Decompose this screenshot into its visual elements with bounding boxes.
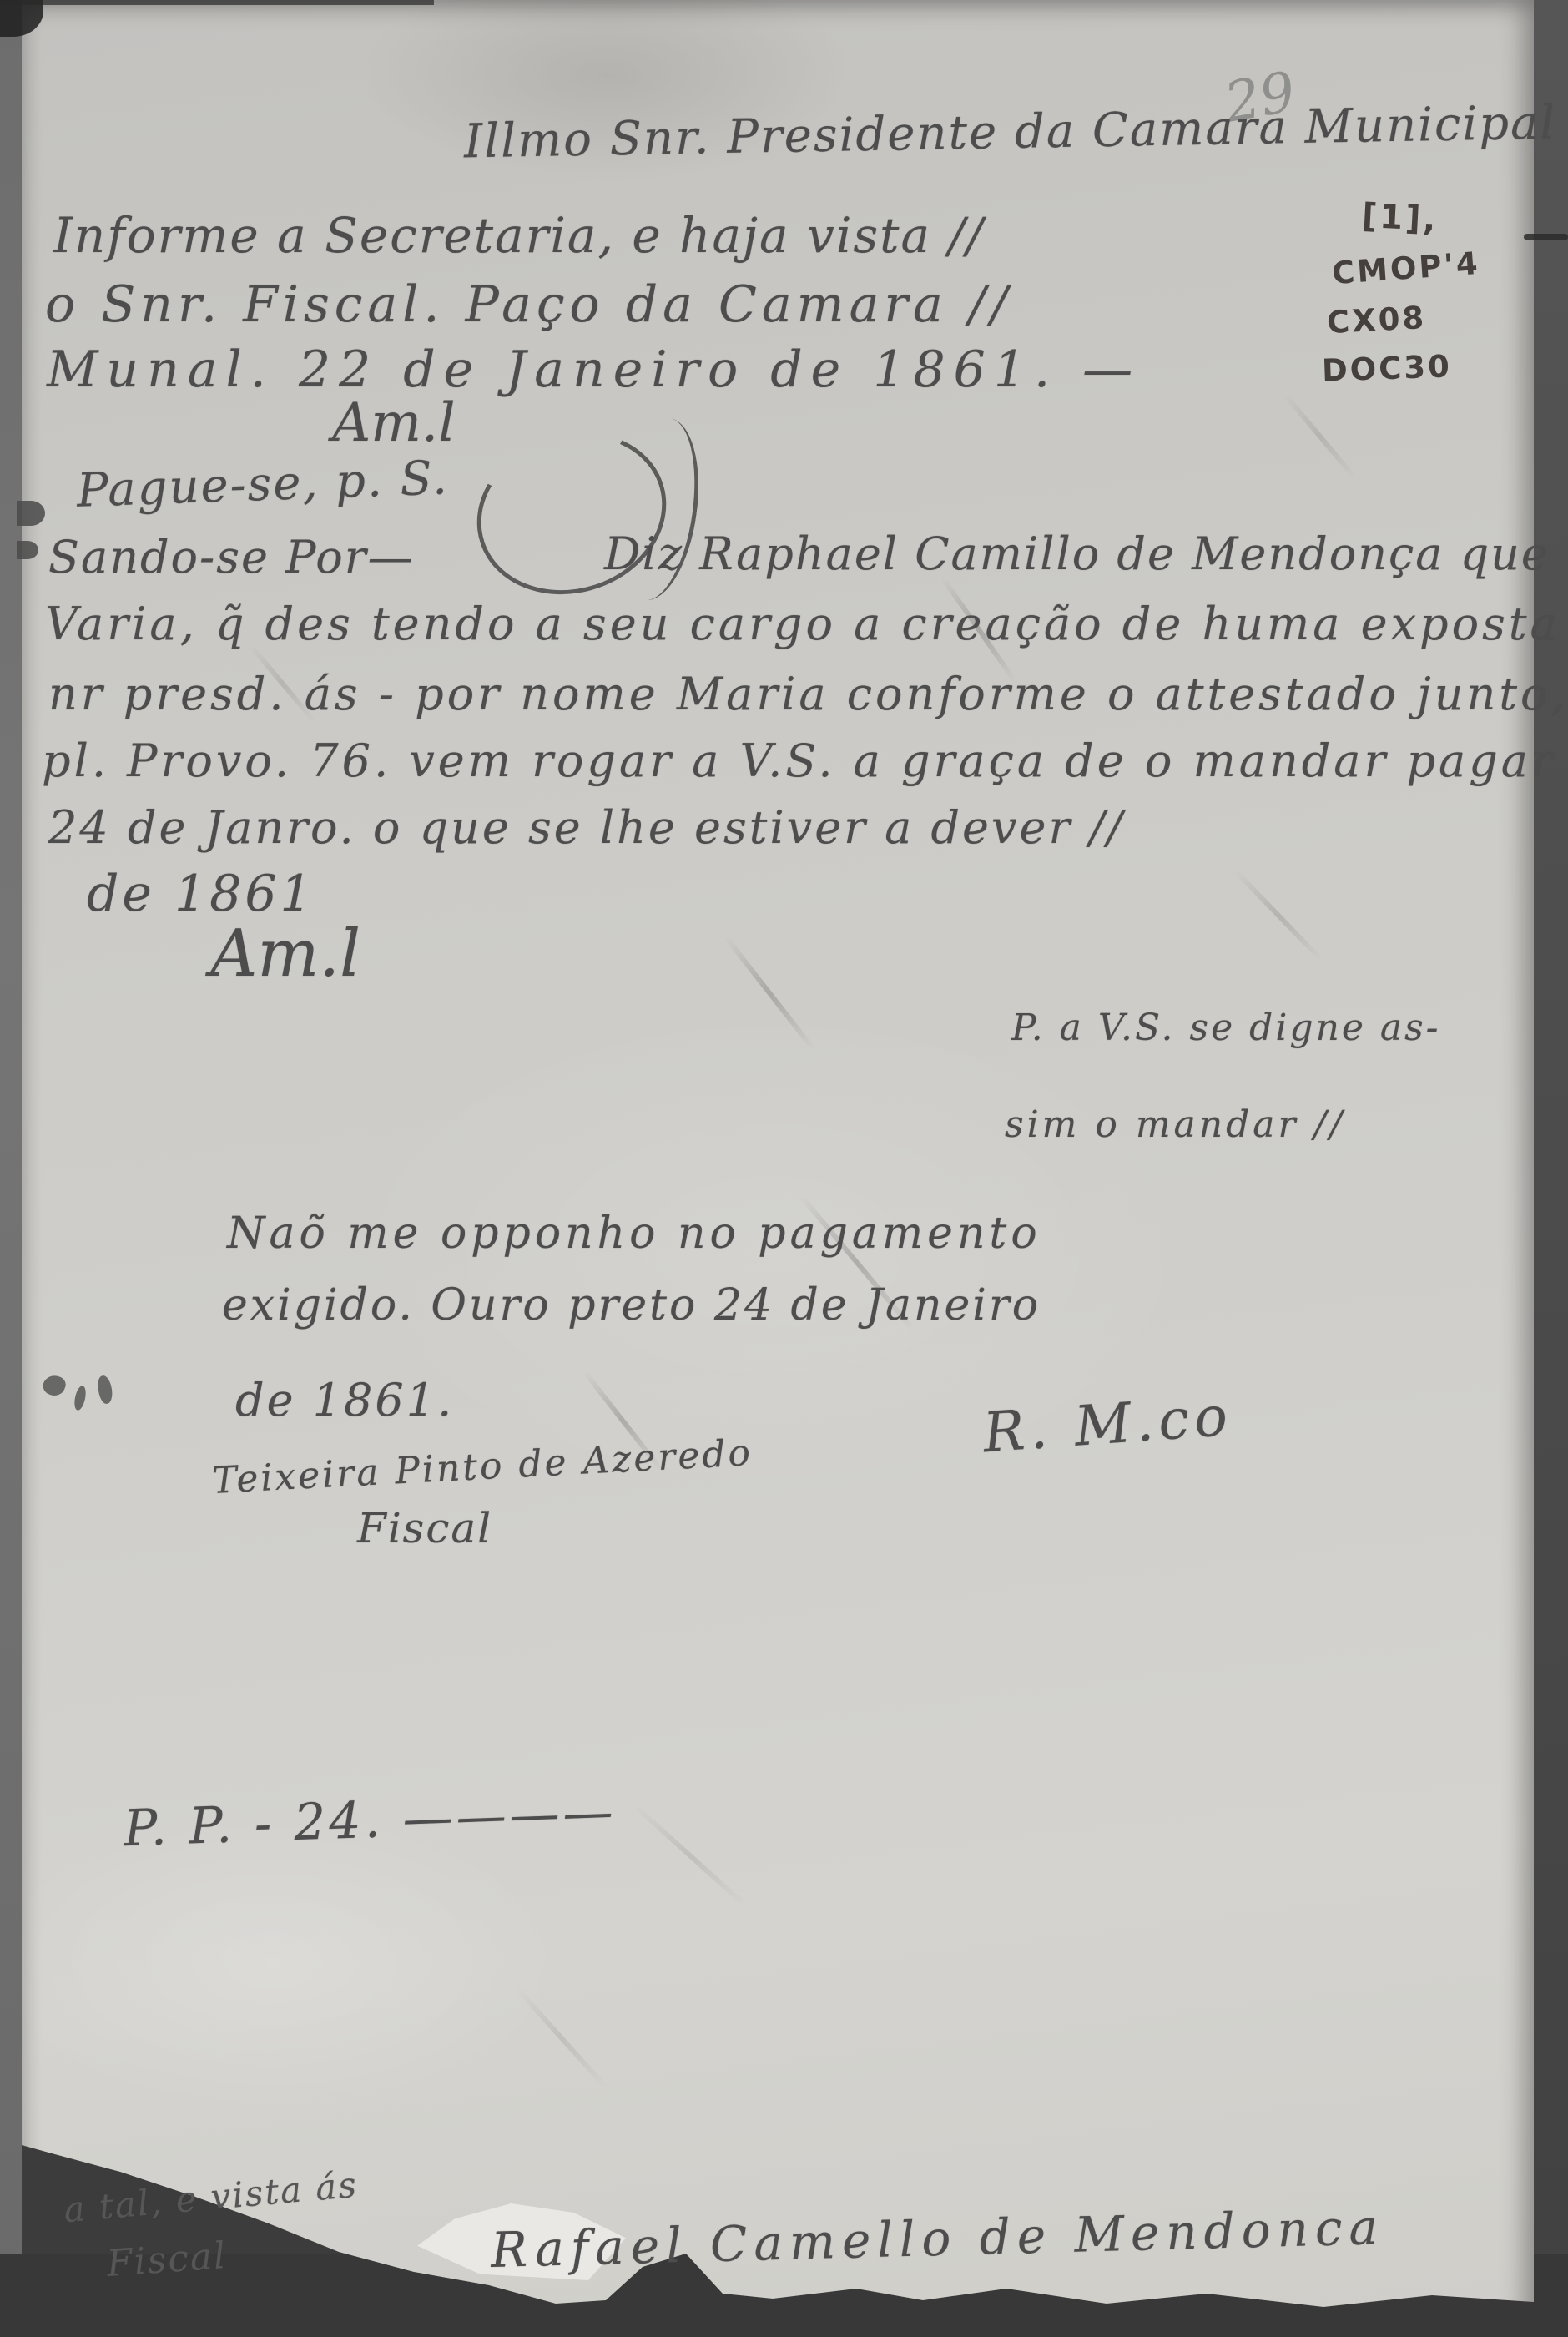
petition-intro: Sando-se Por— (48, 531, 415, 583)
archival-mark-line1: [1], (1361, 197, 1439, 240)
archival-mark-line3: CX08 (1326, 300, 1427, 341)
petition-line-4: pl. Provo. 76. vem rogar a V.S. a graça … (42, 734, 1556, 787)
despacho-line-1: Informe a Secretaria, e haja vista // (53, 207, 985, 264)
petition-line-5: 24 de Janro. o que se lhe estiver a deve… (48, 801, 1125, 854)
scanned-document: 29 [1], CMOP'4 CX08 DOC30 Illmo Snr. Pre… (0, 0, 1568, 2337)
petition-line-3: nr presd. ás - por nome Maria conforme o… (48, 668, 1568, 720)
petition-line-6: de 1861 (87, 865, 315, 923)
fiscal-note-line-3: de 1861. (235, 1374, 454, 1426)
top-edge-line (0, 0, 434, 5)
archival-mark-line4: DOC30 (1321, 348, 1452, 388)
despacho-signature: Am.l (332, 392, 456, 454)
fiscal-signature-title: Fiscal (357, 1504, 492, 1552)
petition-line-2: Varia, q̃ des tendo a seu cargo a creaçã… (45, 598, 1560, 650)
scan-right-strip (1534, 0, 1568, 2337)
bottom-left-line-2: Fiscal (105, 2234, 228, 2285)
fiscal-note-line-2: exigido. Ouro preto 24 de Janeiro (222, 1280, 1041, 1330)
torn-notch-left-2 (17, 541, 38, 559)
fiscal-note-line-1: Naõ me opponho no pagamento (227, 1209, 1041, 1259)
despacho-line-3: Munal. 22 de Janeiro de 1861. — (47, 341, 1141, 399)
request-line-2: sim o mandar // (1005, 1103, 1345, 1146)
despacho-line-2: o Snr. Fiscal. Paço da Camara // (45, 275, 1012, 334)
petition-signature: Am.l (210, 916, 360, 992)
torn-notch-left-1 (17, 501, 45, 526)
petition-line-1: Diz Raphael Camillo de Mendonça que (604, 527, 1550, 580)
scan-left-strip (0, 0, 22, 2337)
request-line-1: P. a V.S. se digne as- (1011, 1007, 1441, 1049)
right-edge-dash (1524, 234, 1568, 240)
